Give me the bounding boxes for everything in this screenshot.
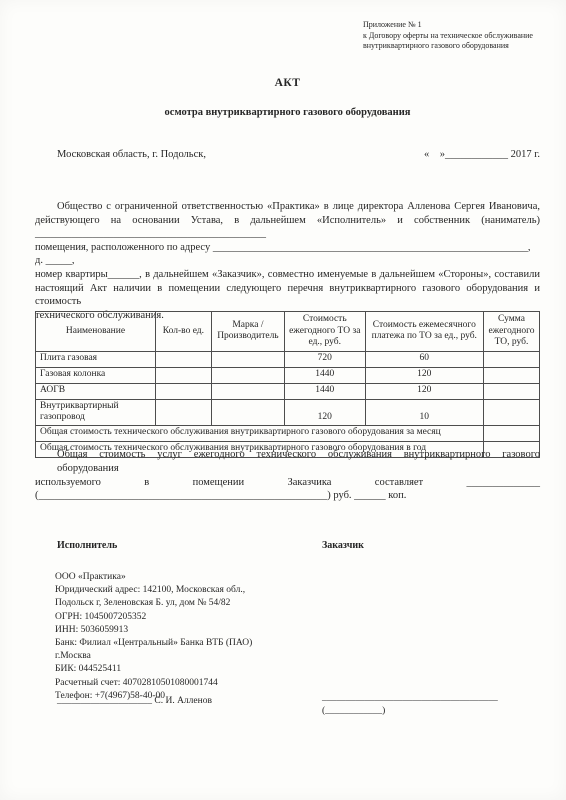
annex-line: Приложение № 1 (363, 20, 533, 31)
executor-signature-line: ____________________ С. И. Алленов (57, 696, 212, 706)
cell-quantity (155, 383, 211, 399)
document-title: АКТ (35, 77, 540, 89)
header-name: Наименование (36, 312, 156, 352)
customer-signature-block: _____________________________________ (_… (322, 692, 498, 718)
header-monthly-cost: Стоимость ежемесячного платежа по ТО за … (365, 312, 483, 352)
intro-line: помещения, расположенного по адресу ____… (35, 241, 540, 268)
annex-line: к Договору оферты на техническое обслужи… (363, 31, 533, 42)
executor-legal-address: Юридический адрес: 142100, Московская об… (55, 584, 315, 597)
customer-signature-line: _____________________________________ (322, 692, 498, 705)
executor-bank-city: г.Москва (55, 650, 315, 663)
header-brand: Марка / Производитель (211, 312, 284, 352)
total-cost-paragraph: Общая стоимость услуг ежегодного техниче… (35, 448, 540, 503)
cell-brand (211, 399, 284, 425)
intro-line: действующего на основании Устава, в даль… (35, 214, 540, 228)
table-total-row-month: Общая стоимость технического обслуживани… (36, 425, 540, 441)
table-row: АОГВ 1440 120 (36, 383, 540, 399)
intro-paragraph: Общество с ограниченной ответственностью… (35, 200, 540, 322)
cell-name: Газовая колонка (36, 367, 156, 383)
cell-total (484, 399, 540, 425)
cost-amount-blank-line: (_______________________________________… (35, 489, 540, 503)
cell-quantity (155, 367, 211, 383)
intro-line: Общество с ограниченной ответственностью… (35, 200, 540, 214)
table-header-row: Наименование Кол-во ед. Марка / Производ… (36, 312, 540, 352)
cell-total (484, 351, 540, 367)
header-total: Сумма ежегодного ТО, руб. (484, 312, 540, 352)
table-row: Плита газовая 720 60 (36, 351, 540, 367)
document-page: Приложение № 1 к Договору оферты на техн… (0, 0, 566, 800)
cell-name: Плита газовая (36, 351, 156, 367)
executor-account: Расчетный счет: 40702810501080001744 (55, 677, 315, 690)
executor-bank: Банк: Филиал «Центральный» Банка ВТБ (ПА… (55, 637, 315, 650)
cell-annual-cost: 720 (284, 351, 365, 367)
intro-line: настоящий Акт наличии в помещении следую… (35, 282, 540, 309)
annex-reference: Приложение № 1 к Договору оферты на техн… (363, 20, 533, 52)
total-value-month (484, 425, 540, 441)
executor-inn: ИНН: 5036059913 (55, 624, 315, 637)
cell-brand (211, 351, 284, 367)
table-row: Внутриквартирный газопровод 120 10 (36, 399, 540, 425)
cell-brand (211, 383, 284, 399)
date-blank: « »____________ 2017 г. (424, 149, 540, 160)
customer-heading: Заказчик (322, 540, 364, 551)
cost-line: Общая стоимость услуг ежегодного техниче… (35, 448, 540, 476)
cell-name: Внутриквартирный газопровод (36, 399, 156, 425)
cell-annual-cost: 1440 (284, 367, 365, 383)
cell-monthly-cost: 120 (365, 383, 483, 399)
cell-monthly-cost: 10 (365, 399, 483, 425)
executor-ogrn: ОГРН: 1045007205352 (55, 611, 315, 624)
annex-line: внутриквартирного газового оборудования (363, 41, 533, 52)
cell-monthly-cost: 120 (365, 367, 483, 383)
total-label-month: Общая стоимость технического обслуживани… (36, 425, 484, 441)
cell-monthly-cost: 60 (365, 351, 483, 367)
executor-bik: БИК: 044525411 (55, 663, 315, 676)
place-and-date-line: Московская область, г. Подольск, « »____… (35, 149, 540, 160)
intro-blank-line: ________________________________________… (35, 227, 540, 241)
equipment-table: Наименование Кол-во ед. Марка / Производ… (35, 311, 540, 458)
executor-details: ООО «Практика» Юридический адрес: 142100… (55, 571, 315, 703)
cell-quantity (155, 399, 211, 425)
cell-total (484, 367, 540, 383)
cell-quantity (155, 351, 211, 367)
cell-annual-cost: 1440 (284, 383, 365, 399)
table-row: Газовая колонка 1440 120 (36, 367, 540, 383)
document-subtitle: осмотра внутриквартирного газового обору… (35, 107, 540, 118)
executor-legal-address: Подольск г, Зеленовская Б. ул, дом № 54/… (55, 597, 315, 610)
cell-total (484, 383, 540, 399)
customer-signature-paren-line: (____________) (322, 705, 498, 718)
cell-brand (211, 367, 284, 383)
place-text: Московская область, г. Подольск, (35, 149, 206, 160)
intro-line: номер квартиры______, в дальнейшем «Зака… (35, 268, 540, 282)
cell-name: АОГВ (36, 383, 156, 399)
cell-annual-cost: 120 (284, 399, 365, 425)
cost-line: используемого в помещении Заказчика сост… (35, 476, 540, 490)
executor-company-name: ООО «Практика» (55, 571, 315, 584)
header-annual-cost: Стоимость ежегодного ТО за ед., руб. (284, 312, 365, 352)
executor-heading: Исполнитель (57, 540, 117, 551)
header-quantity: Кол-во ед. (155, 312, 211, 352)
